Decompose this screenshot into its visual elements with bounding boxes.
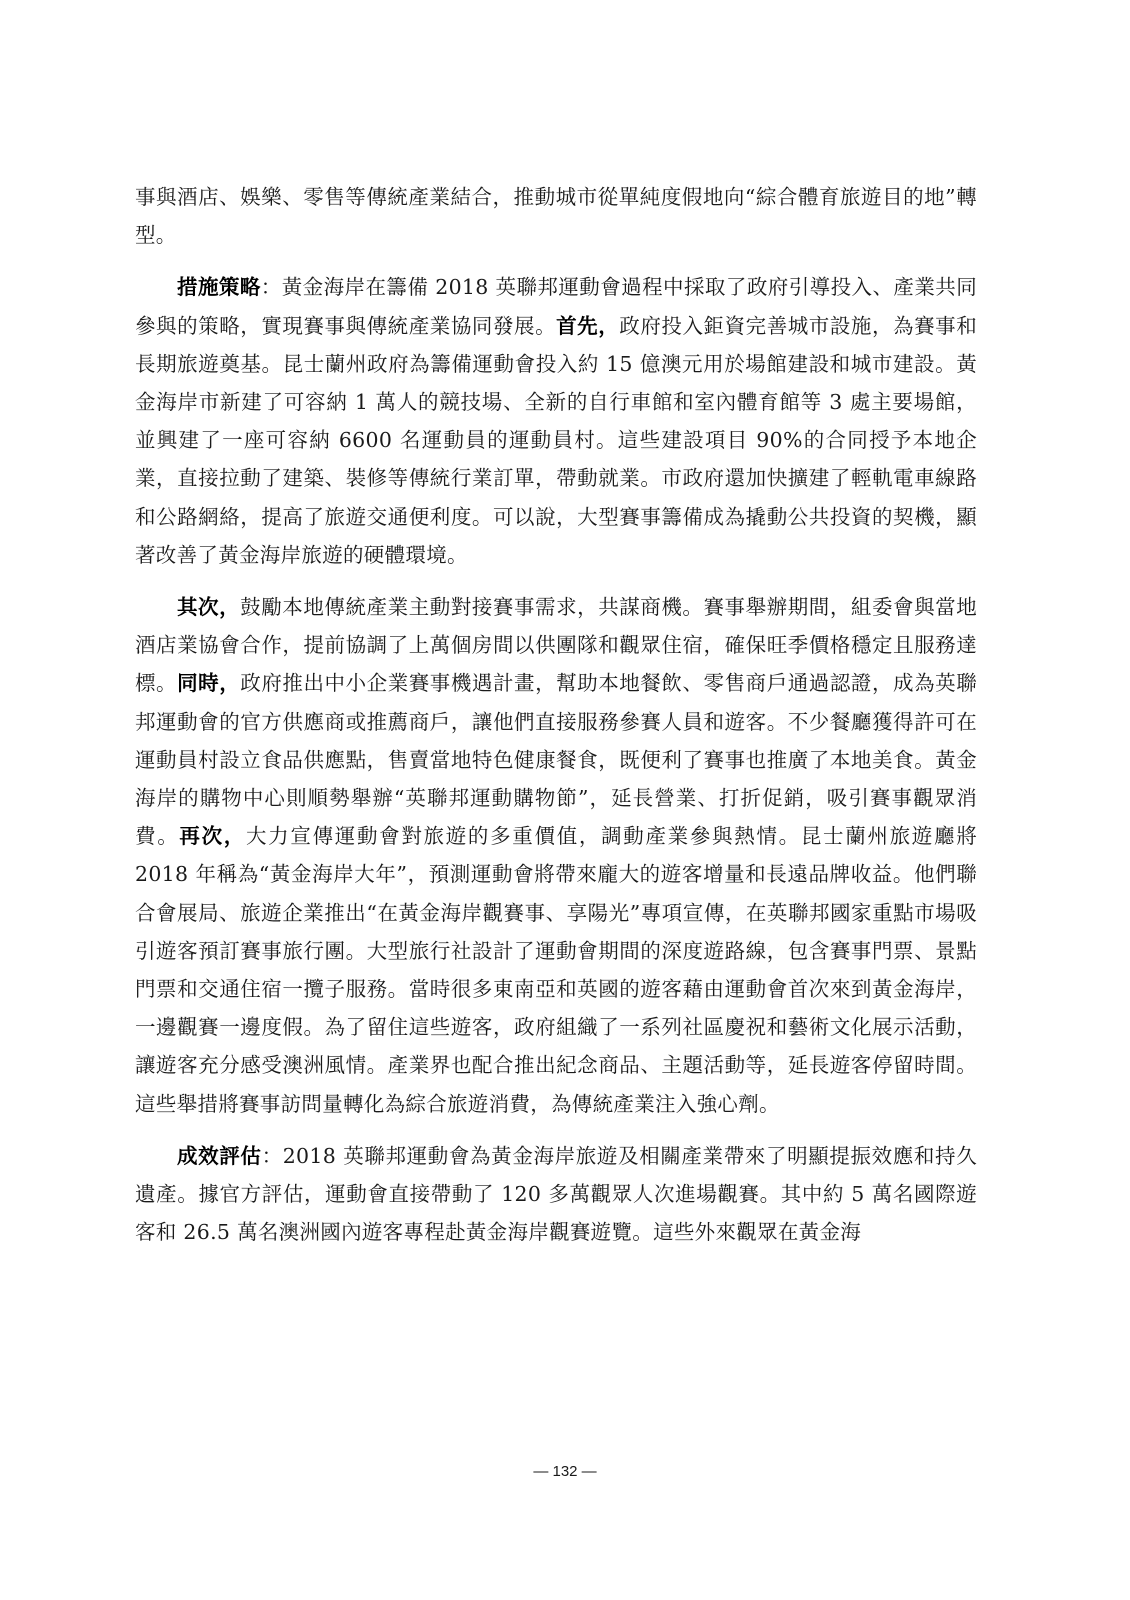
paragraph-text: ：2018 英聯邦運動會為黃金海岸旅遊及相關產業帶來了明顯提振效應和持久遺產。據… bbox=[135, 1144, 977, 1244]
paragraph-measures-strategy: 措施策略：黃金海岸在籌備 2018 英聯邦運動會過程中採取了政府引導投入、產業共… bbox=[135, 268, 977, 574]
paragraph-text: 政府推出中小企業賽事機遇計畫，幫助本地餐飲、零售商戶通過認證，成為英聯邦運動會的… bbox=[135, 671, 977, 848]
paragraph-text: 大力宣傳運動會對旅遊的多重價值，調動產業參與熱情。昆士蘭州旅遊廳將 2018 年… bbox=[135, 824, 977, 1115]
paragraph-continuation: 事與酒店、娛樂、零售等傳統產業結合，推動城市從單純度假地向“綜合體育旅遊目的地”… bbox=[135, 178, 977, 254]
paragraph-text: 事與酒店、娛樂、零售等傳統產業結合，推動城市從單純度假地向“綜合體育旅遊目的地”… bbox=[135, 185, 977, 247]
emphasis-first: 首先， bbox=[556, 314, 619, 338]
paragraph-effect-evaluation: 成效評估：2018 英聯邦運動會為黃金海岸旅遊及相關產業帶來了明顯提振效應和持久… bbox=[135, 1137, 977, 1252]
document-body: 事與酒店、娛樂、零售等傳統產業結合，推動城市從單純度假地向“綜合體育旅遊目的地”… bbox=[135, 178, 977, 1265]
emphasis-third: 再次， bbox=[179, 824, 246, 848]
page-number: — 132 — bbox=[0, 1463, 1130, 1480]
paragraph-second-measures: 其次，鼓勵本地傳統產業主動對接賽事需求，共謀商機。賽事舉辦期間，組委會與當地酒店… bbox=[135, 588, 977, 1123]
emphasis-meanwhile: 同時， bbox=[177, 671, 240, 695]
emphasis-second: 其次， bbox=[177, 595, 240, 619]
section-heading-evaluation: 成效評估 bbox=[177, 1144, 262, 1168]
section-heading-measures: 措施策略 bbox=[177, 275, 261, 299]
paragraph-text: 政府投入鉅資完善城市設施，為賽事和長期旅遊奠基。昆士蘭州政府為籌備運動會投入約 … bbox=[135, 314, 977, 567]
